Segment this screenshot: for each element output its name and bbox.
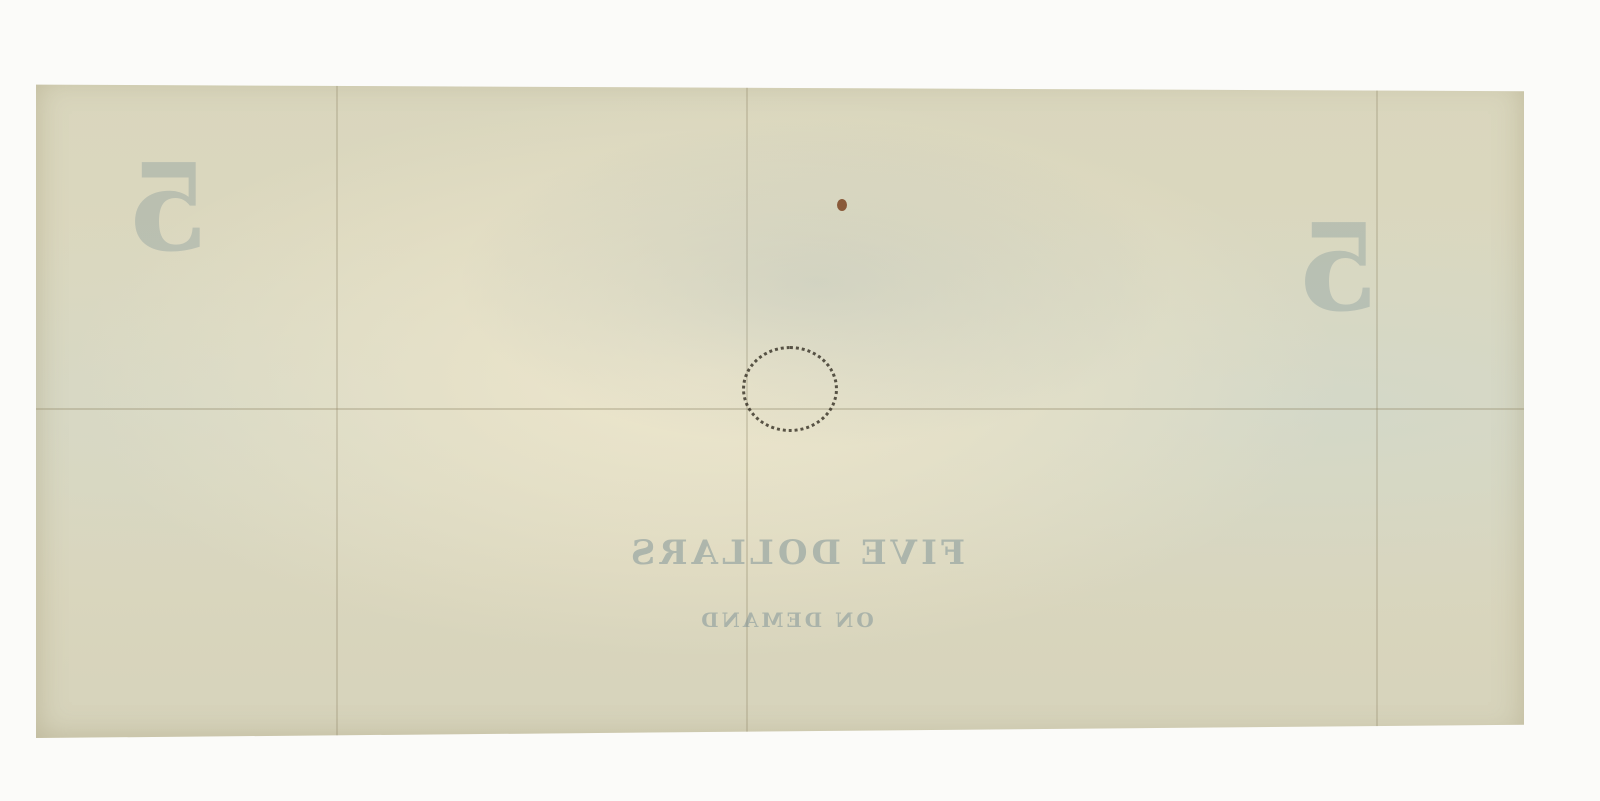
vertical-fold bbox=[336, 78, 338, 738]
vertical-fold bbox=[1376, 78, 1378, 738]
banknote: 5 5 FIVE DOLLARS ON DEMAND bbox=[36, 78, 1524, 738]
corner-numeral: 5 bbox=[126, 138, 210, 279]
corner-numeral: 5 bbox=[1296, 198, 1380, 339]
sub-text: ON DEMAND bbox=[696, 608, 876, 632]
ink-stamp bbox=[742, 346, 838, 432]
denomination-text: FIVE DOLLARS bbox=[576, 533, 1016, 573]
stain-spot bbox=[837, 199, 847, 211]
